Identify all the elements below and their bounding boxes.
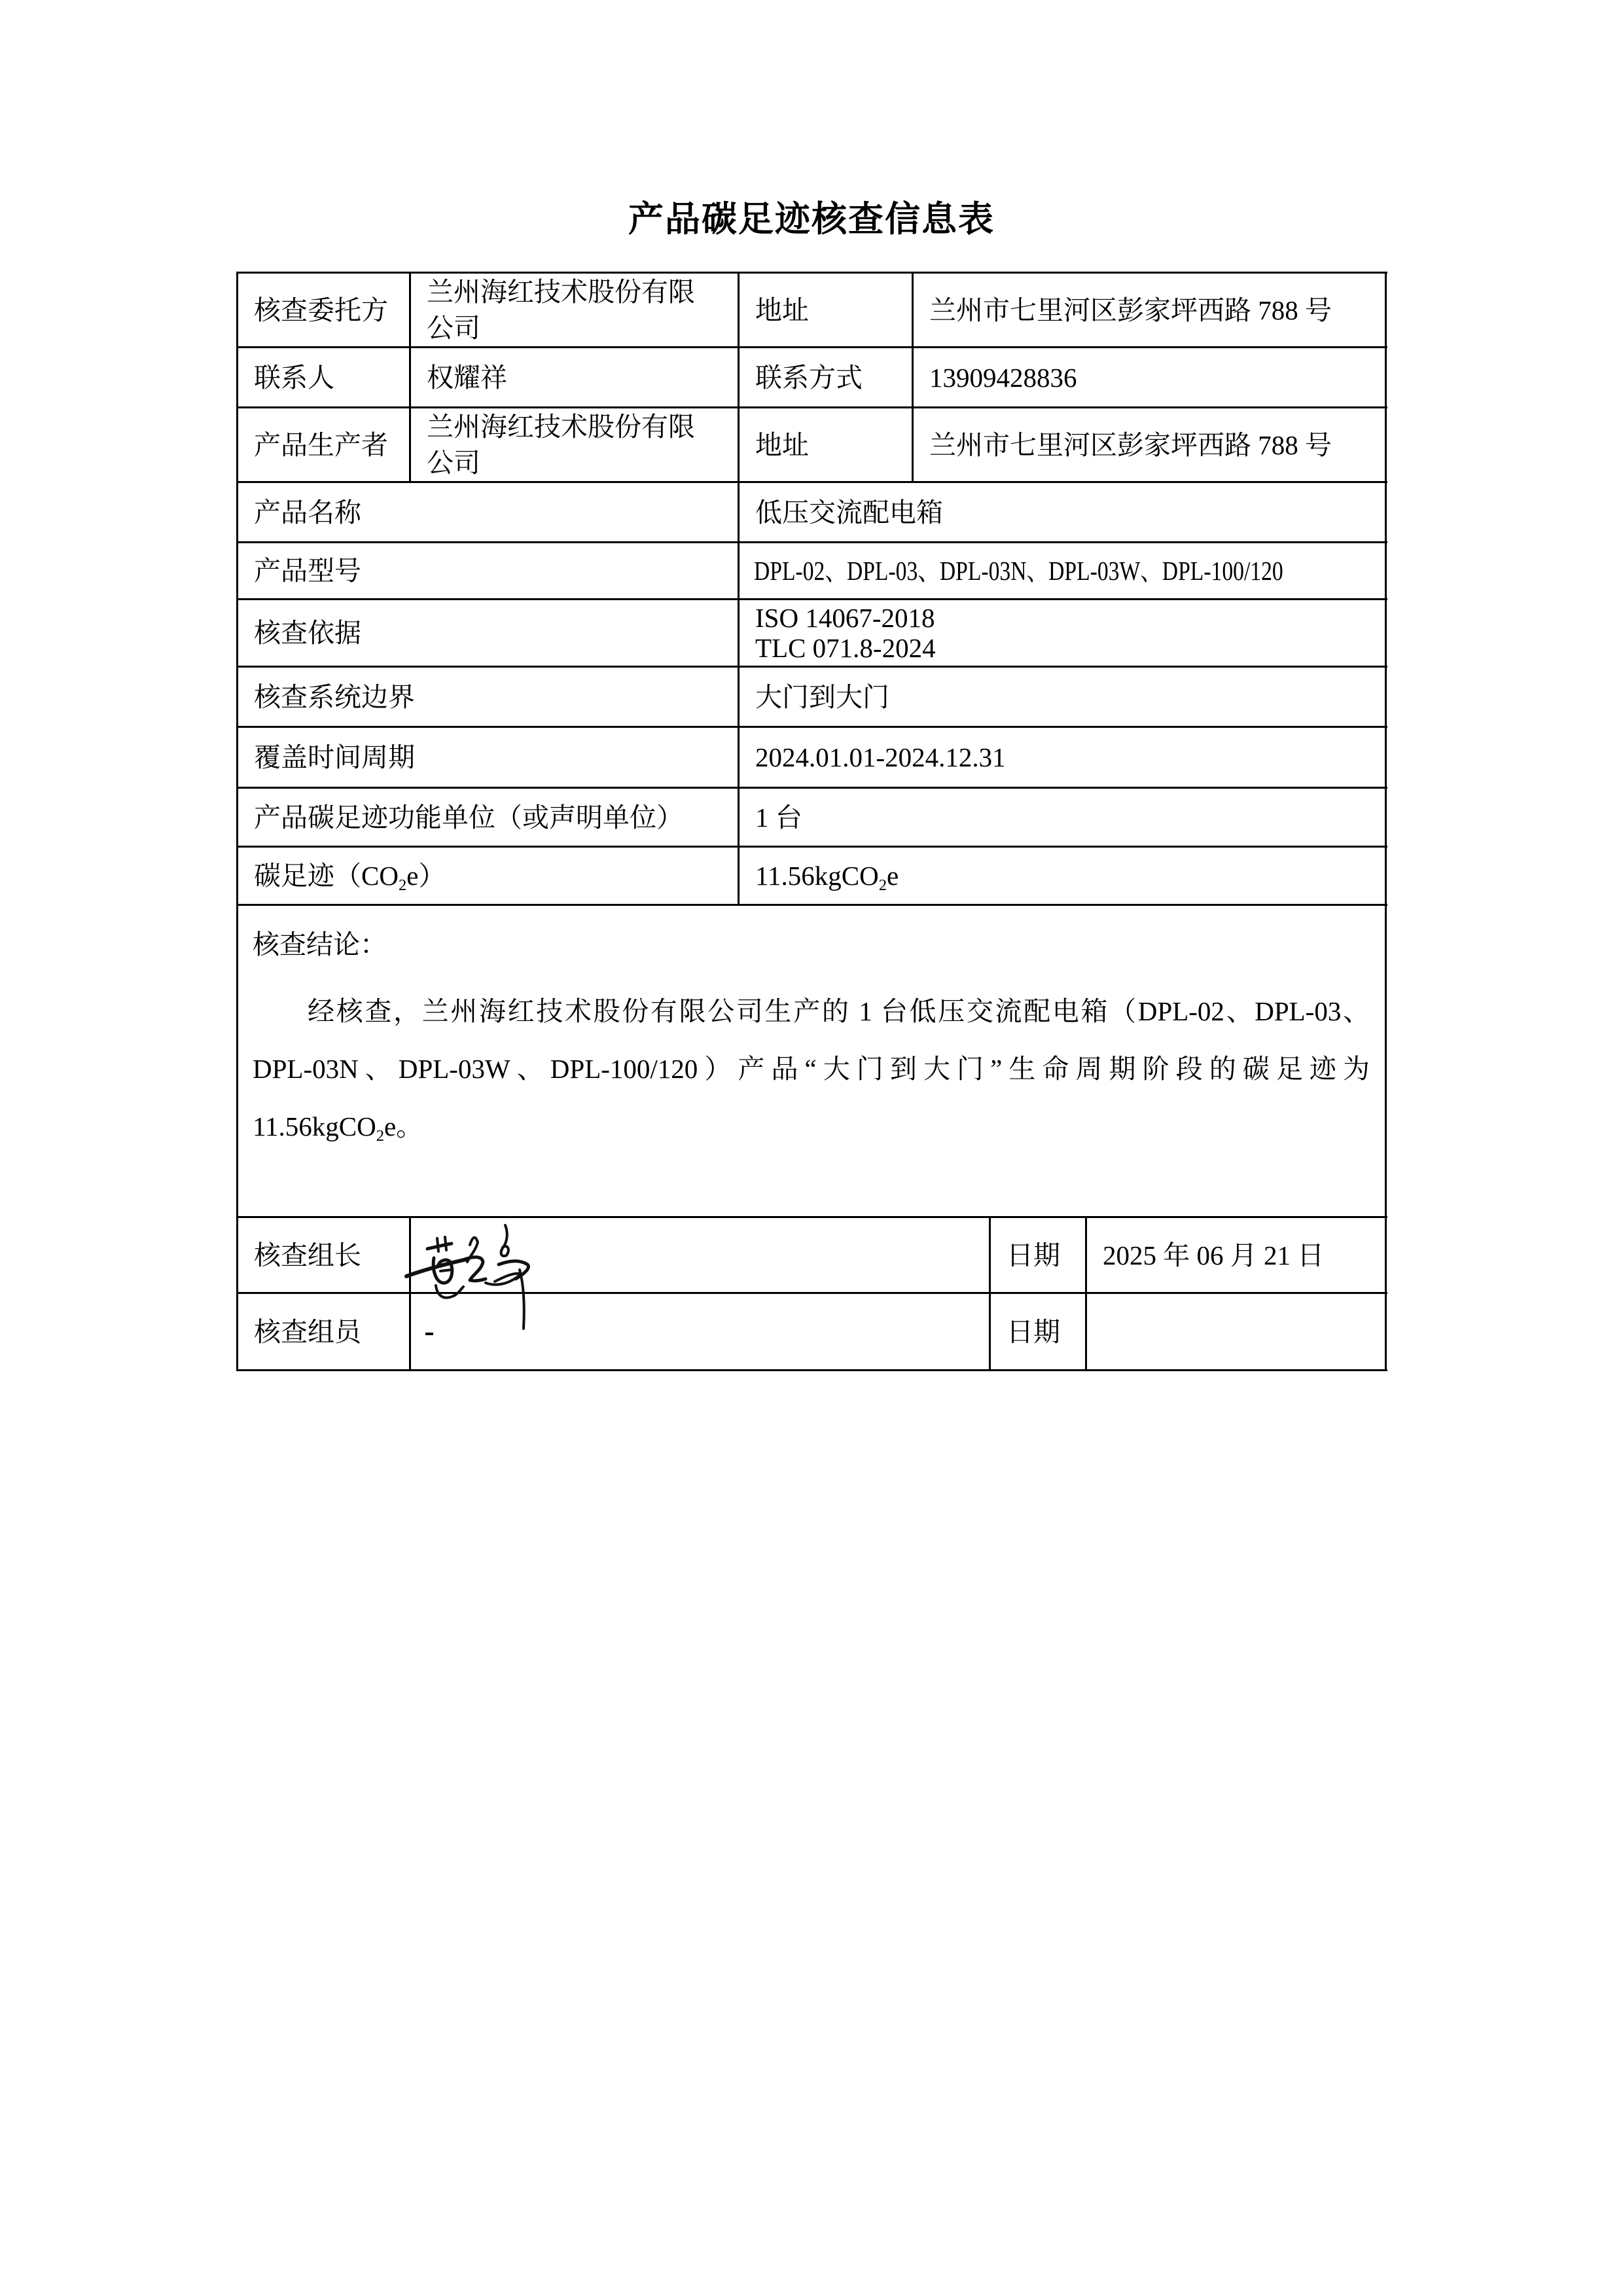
row-divider bbox=[236, 904, 1387, 906]
value-inspection-basis: ISO 14067-2018 TLC 071.8-2024 bbox=[740, 600, 1385, 666]
label-contact-method: 联系方式 bbox=[740, 348, 912, 406]
value-leader-date: 2025 年 06 月 21 日 bbox=[1087, 1218, 1385, 1292]
label-carbon-footprint: 碳足迹（CO2e） bbox=[238, 848, 738, 904]
value-phone: 13909428836 bbox=[914, 348, 1385, 406]
conclusion-heading: 核查结论： bbox=[253, 926, 1370, 963]
label-system-boundary: 核查系统边界 bbox=[238, 668, 738, 726]
conclusion-cell: 核查结论： 经核查，兰州海红技术股份有限公司生产的 1 台低压交流配电箱（DPL… bbox=[237, 906, 1385, 1217]
value-system-boundary: 大门到大门 bbox=[740, 668, 1385, 726]
value-carbon-footprint-text: 11.56kgCO2e bbox=[755, 857, 899, 894]
label-date: 日期 bbox=[991, 1294, 1085, 1369]
value-functional-unit: 1 台 bbox=[740, 789, 1385, 846]
label-address: 地址 bbox=[740, 408, 912, 481]
label-product-name: 产品名称 bbox=[238, 483, 738, 541]
value-producer: 兰州海红技术股份有限 公司 bbox=[411, 408, 738, 481]
value-coverage-period: 2024.01.01-2024.12.31 bbox=[740, 728, 1385, 787]
label-date: 日期 bbox=[991, 1218, 1085, 1292]
label-inspection-basis: 核查依据 bbox=[238, 600, 738, 666]
label-coverage-period: 覆盖时间周期 bbox=[238, 728, 738, 787]
label-contact-person: 联系人 bbox=[238, 348, 409, 406]
label-carbon-footprint-text: 碳足迹（CO2e） bbox=[254, 857, 445, 894]
label-team-member: 核查组员 bbox=[238, 1294, 409, 1369]
conclusion-body: 经核查，兰州海红技术股份有限公司生产的 1 台低压交流配电箱（DPL-02、DP… bbox=[253, 982, 1370, 1155]
value-member-date bbox=[1087, 1294, 1385, 1369]
label-inspection-client: 核查委托方 bbox=[238, 274, 409, 346]
value-inspection-client: 兰州海红技术股份有限 公司 bbox=[411, 274, 738, 346]
signature-icon bbox=[404, 1219, 555, 1336]
page-title: 产品碳足迹核查信息表 bbox=[0, 196, 1623, 242]
value-product-name: 低压交流配电箱 bbox=[740, 483, 1385, 541]
value-client-address: 兰州市七里河区彭家坪西路 788 号 bbox=[914, 274, 1385, 346]
value-product-model-cell: DPL-02、DPL-03、DPL-03N、DPL-03W、DPL-100/12… bbox=[740, 543, 1385, 598]
label-team-leader: 核查组长 bbox=[238, 1218, 409, 1292]
label-functional-unit: 产品碳足迹功能单位（或声明单位） bbox=[238, 789, 738, 846]
label-product-model: 产品型号 bbox=[238, 543, 738, 598]
label-producer: 产品生产者 bbox=[238, 408, 409, 481]
value-product-model: DPL-02、DPL-03、DPL-03N、DPL-03W、DPL-100/12… bbox=[754, 552, 1283, 589]
value-producer-address: 兰州市七里河区彭家坪西路 788 号 bbox=[914, 408, 1385, 481]
label-address: 地址 bbox=[740, 274, 912, 346]
value-contact-person: 权耀祥 bbox=[411, 348, 738, 406]
value-carbon-footprint: 11.56kgCO2e bbox=[740, 848, 1385, 904]
